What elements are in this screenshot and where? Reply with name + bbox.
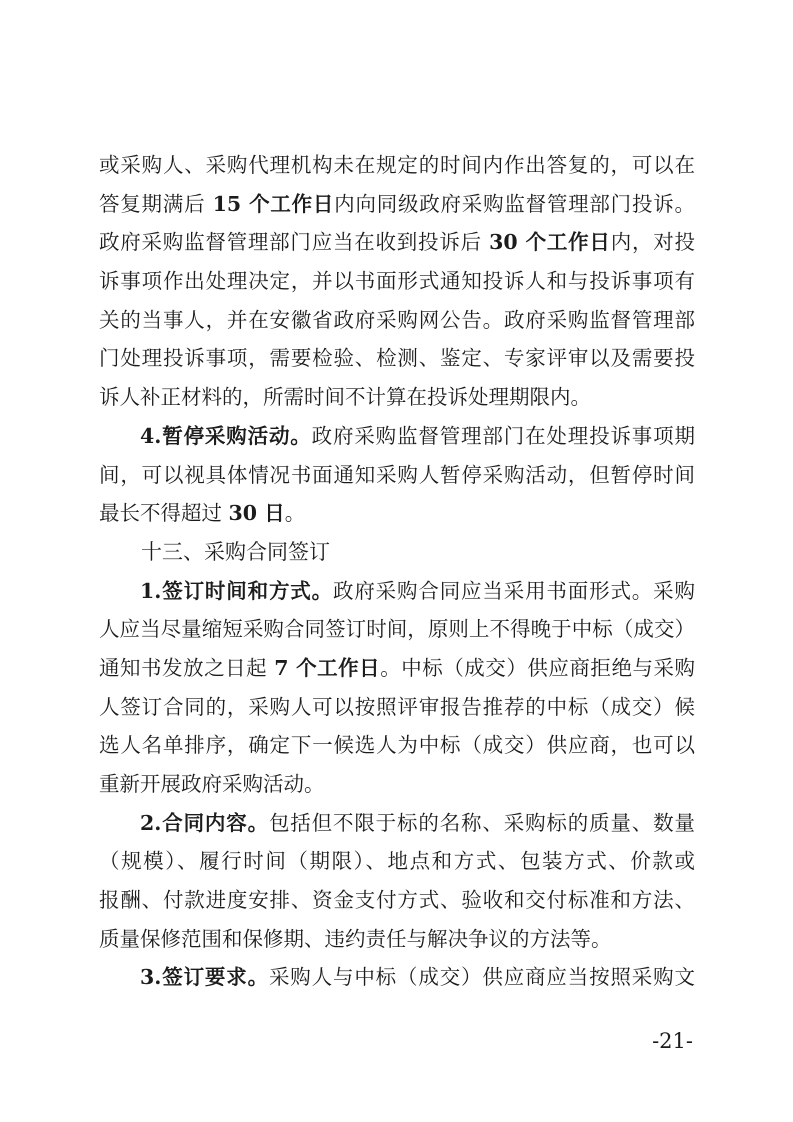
text-line: 间，可以视具体情况书面通知采购人暂停采购活动，但暂停时间: [99, 456, 695, 495]
text-run: 通知书发放之日起: [99, 656, 274, 680]
text-run: 间，可以视具体情况书面通知采购人暂停采购活动，但暂停时间: [99, 463, 695, 487]
bold-text-run: 1.签订时间和方式。: [140, 579, 333, 603]
text-run: 诉事项作出处理决定，并以书面形式通知投诉人和与投诉事项有: [99, 269, 695, 293]
text-run: 政府采购合同应当采用书面形式。采购: [333, 579, 695, 603]
bold-text-run: 7 个工作日: [274, 656, 380, 680]
section-heading: 十三、采购合同签订: [99, 533, 695, 572]
text-run: 人应当尽量缩短采购合同签订时间，原则上不得晚于中标（成交）: [99, 617, 695, 641]
text-run: 关的当事人，并在安徽省政府采购网公告。政府采购监督管理部: [99, 308, 695, 332]
text-line: 4.暂停采购活动。政府采购监督管理部门在处理投诉事项期: [99, 417, 695, 456]
text-line: 诉人补正材料的，所需时间不计算在投诉处理期限内。: [99, 378, 695, 417]
text-run: 选人名单排序，确定下一候选人为中标（成交）供应商，也可以: [99, 733, 695, 757]
text-line: 诉事项作出处理决定，并以书面形式通知投诉人和与投诉事项有: [99, 262, 695, 301]
text-run: 或采购人、采购代理机构未在规定的时间内作出答复的，可以在: [99, 153, 695, 177]
bold-text-run: 15 个工作日: [213, 192, 335, 216]
text-line: 政府采购监督管理部门应当在收到投诉后 30 个工作日内，对投: [99, 223, 695, 262]
bold-text-run: 4.暂停采购活动。: [140, 424, 312, 448]
text-line: （规模）、履行时间（期限）、地点和方式、包装方式、价款或: [99, 842, 695, 881]
text-run: 人签订合同的，采购人可以按照评审报告推荐的中标（成交）候: [99, 695, 695, 719]
text-run: 最长不得超过: [99, 501, 229, 525]
page-number: -21-: [652, 1028, 693, 1054]
text-run: 采购人与中标（成交）供应商应当按照采购文: [269, 965, 695, 989]
text-run: 答复期满后: [99, 192, 213, 216]
text-run: 质量保修范围和保修期、违约责任与解决争议的方法等。: [99, 927, 612, 951]
text-run: 政府采购监督管理部门应当在收到投诉后: [99, 230, 489, 254]
bold-text-run: 30 个工作日: [489, 230, 611, 254]
text-run: 。: [285, 501, 306, 525]
text-line: 最长不得超过 30 日。: [99, 494, 695, 533]
document-page: 或采购人、采购代理机构未在规定的时间内作出答复的，可以在答复期满后 15 个工作…: [0, 0, 793, 1122]
bold-text-run: 30 日: [229, 501, 285, 525]
text-line: 或采购人、采购代理机构未在规定的时间内作出答复的，可以在: [99, 146, 695, 185]
text-run: 报酬、付款进度安排、资金支付方式、验收和交付标准和方法、: [99, 888, 695, 912]
text-run: 诉人补正材料的，所需时间不计算在投诉处理期限内。: [99, 385, 591, 409]
text-line: 答复期满后 15 个工作日内向同级政府采购监督管理部门投诉。: [99, 185, 695, 224]
text-run: 内，对投: [611, 230, 695, 254]
text-line: 质量保修范围和保修期、违约责任与解决争议的方法等。: [99, 920, 695, 959]
text-line: 1.签订时间和方式。政府采购合同应当采用书面形式。采购: [99, 572, 695, 611]
text-line: 关的当事人，并在安徽省政府采购网公告。政府采购监督管理部: [99, 301, 695, 340]
bold-text-run: 2.合同内容。: [140, 811, 269, 835]
text-run: 十三、采购合同签订: [141, 540, 330, 564]
text-line: 选人名单排序，确定下一候选人为中标（成交）供应商，也可以: [99, 726, 695, 765]
text-run: 。中标（成交）供应商拒绝与采购: [380, 656, 695, 680]
text-line: 3.签订要求。采购人与中标（成交）供应商应当按照采购文: [99, 958, 695, 997]
text-run: 门处理投诉事项，需要检验、检测、鉴定、专家评审以及需要投: [99, 346, 695, 370]
text-line: 通知书发放之日起 7 个工作日。中标（成交）供应商拒绝与采购: [99, 649, 695, 688]
document-body: 或采购人、采购代理机构未在规定的时间内作出答复的，可以在答复期满后 15 个工作…: [99, 146, 695, 997]
text-line: 报酬、付款进度安排、资金支付方式、验收和交付标准和方法、: [99, 881, 695, 920]
text-line: 人签订合同的，采购人可以按照评审报告推荐的中标（成交）候: [99, 688, 695, 727]
text-run: 重新开展政府采购活动。: [99, 772, 325, 796]
text-run: 政府采购监督管理部门在处理投诉事项期: [312, 424, 695, 448]
text-line: 人应当尽量缩短采购合同签订时间，原则上不得晚于中标（成交）: [99, 610, 695, 649]
text-line: 门处理投诉事项，需要检验、检测、鉴定、专家评审以及需要投: [99, 339, 695, 378]
text-run: 内向同级政府采购监督管理部门投诉。: [334, 192, 695, 216]
text-run: （规模）、履行时间（期限）、地点和方式、包装方式、价款或: [99, 849, 695, 873]
text-line: 2.合同内容。包括但不限于标的名称、采购标的质量、数量: [99, 804, 695, 843]
text-run: 包括但不限于标的名称、采购标的质量、数量: [269, 811, 695, 835]
bold-text-run: 3.签订要求。: [140, 965, 269, 989]
text-line: 重新开展政府采购活动。: [99, 765, 695, 804]
